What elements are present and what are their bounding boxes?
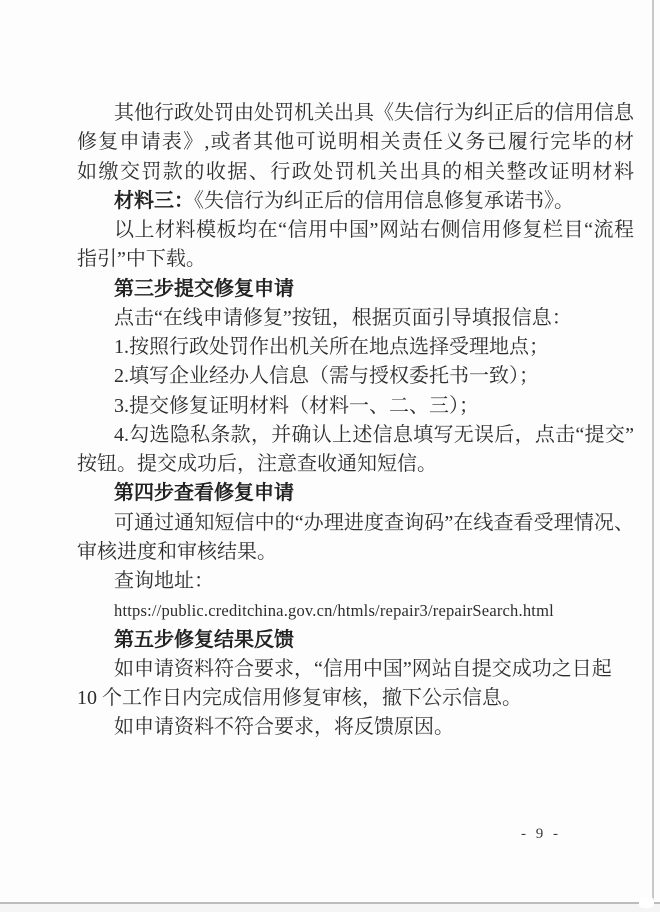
- body-text-segment: 4.勾选隐私条款，并确认上述信息填写无误后，点击“提交”: [114, 424, 634, 446]
- scan-corner-artifact: [639, 897, 654, 908]
- body-text-segment: 如缴交罚款的收据、行政处罚机关出具的相关整改证明材料等；: [77, 161, 634, 187]
- body-text-segment: 按钮。提交成功后，注意查收通知短信。: [77, 453, 437, 475]
- document-line: 3.提交修复证明材料（材料一、二、三）；: [77, 392, 634, 421]
- document-line: 如申请资料符合要求，“信用中国”网站自提交成功之日起: [77, 655, 634, 684]
- document-line: 如缴交罚款的收据、行政处罚机关出具的相关整改证明材料等；: [77, 158, 634, 187]
- document-line: 4.勾选隐私条款，并确认上述信息填写无误后，点击“提交”: [77, 421, 634, 450]
- body-text-segment: 指引”中下载。: [77, 248, 206, 270]
- document-heading-line: 第三步提交修复申请: [77, 275, 634, 304]
- page-number: - 9 -: [521, 826, 561, 843]
- document-line: 材料三：《失信行为纠正后的信用信息修复承诺书》。: [77, 187, 634, 216]
- document-line: 审核进度和审核结果。: [77, 538, 634, 567]
- document-heading-line: 第四步查看修复申请: [77, 479, 634, 508]
- body-text-segment: 《失信行为纠正后的信用信息修复承诺书》。: [194, 190, 574, 212]
- document-line: 修复申请表》,或者其他可说明相关责任义务已履行完毕的材料，: [77, 128, 634, 157]
- bold-text-segment: 第四步查看修复申请: [114, 482, 294, 504]
- body-text-segment: 修复申请表》,或者其他可说明相关责任义务已履行完毕的材料，: [77, 131, 634, 157]
- document-line: 点击“在线申请修复”按钮，根据页面引导填报信息：: [77, 304, 634, 333]
- document-line: 1.按照行政处罚作出机关所在地点选择受理地点；: [77, 333, 634, 362]
- document-line: 2.填写企业经办人信息（需与授权委托书一致）；: [77, 362, 634, 391]
- scan-footer-strip: [0, 904, 660, 912]
- document-heading-line: 第五步修复结果反馈: [77, 626, 634, 655]
- body-text-segment: 3.提交修复证明材料（材料一、二、三）；: [114, 395, 479, 417]
- document-line: 其他行政处罚由处罚机关出具《失信行为纠正后的信用信息: [77, 99, 634, 128]
- body-text-segment: 查询地址：: [114, 570, 214, 592]
- scanned-document-page: 其他行政处罚由处罚机关出具《失信行为纠正后的信用信息修复申请表》,或者其他可说明…: [0, 0, 660, 912]
- body-text-segment: 其他行政处罚由处罚机关出具《失信行为纠正后的信用信息: [114, 102, 634, 124]
- bold-text-segment: 第三步提交修复申请: [114, 278, 294, 300]
- document-line: 指引”中下载。: [77, 245, 634, 274]
- body-text-segment: 可通过通知短信中的“办理进度查询码”在线查看受理情况、: [114, 512, 634, 534]
- document-body: 其他行政处罚由处罚机关出具《失信行为纠正后的信用信息修复申请表》,或者其他可说明…: [77, 99, 634, 743]
- document-line: 10 个工作日内完成信用修复审核，撤下公示信息。: [77, 684, 634, 713]
- body-text-segment: 10 个工作日内完成信用修复审核，撤下公示信息。: [77, 687, 522, 709]
- body-text-segment: 如申请资料符合要求，“信用中国”网站自提交成功之日起: [114, 658, 612, 680]
- document-line: https://public.creditchina.gov.cn/htmls/…: [77, 596, 634, 625]
- document-line: 按钮。提交成功后，注意查收通知短信。: [77, 450, 634, 479]
- bold-text-segment: 第五步修复结果反馈: [114, 629, 294, 651]
- body-text-segment: 1.按照行政处罚作出机关所在地点选择受理地点；: [114, 336, 549, 358]
- bold-text-segment: 材料三：: [114, 190, 194, 212]
- body-text-segment: 2.填写企业经办人信息（需与授权委托书一致）；: [114, 365, 539, 387]
- body-text-segment: https://public.creditchina.gov.cn/htmls/…: [114, 601, 554, 620]
- body-text-segment: 审核进度和审核结果。: [77, 541, 277, 563]
- document-line: 如申请资料不符合要求，将反馈原因。: [77, 713, 634, 742]
- body-text-segment: 点击“在线申请修复”按钮，根据页面引导填报信息：: [114, 307, 572, 329]
- document-line: 查询地址：: [77, 567, 634, 596]
- document-line: 可通过通知短信中的“办理进度查询码”在线查看受理情况、: [77, 509, 634, 538]
- document-line: 以上材料模板均在“信用中国”网站右侧信用修复栏目“流程: [77, 216, 634, 245]
- body-text-segment: 以上材料模板均在“信用中国”网站右侧信用修复栏目“流程: [114, 219, 634, 241]
- body-text-segment: 如申请资料不符合要求，将反馈原因。: [114, 716, 454, 738]
- scan-edge-vertical-line: [652, 0, 654, 903]
